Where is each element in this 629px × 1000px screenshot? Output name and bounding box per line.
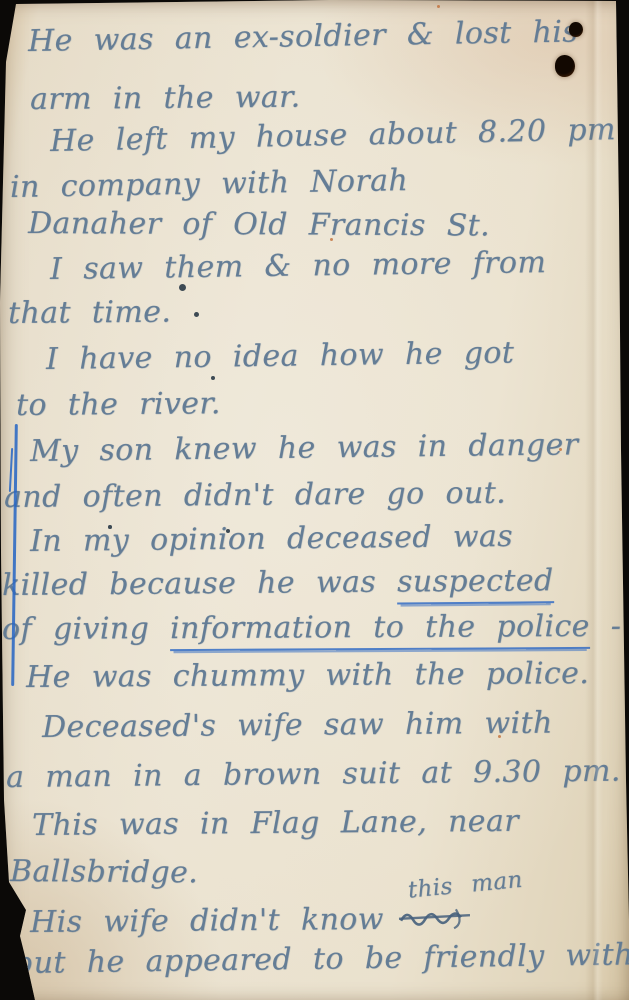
handwritten-line: This was in Flag Lane, near	[32, 804, 519, 843]
handwritten-text: of giving	[2, 611, 170, 647]
handwritten-line: of giving information to the police -	[2, 609, 621, 647]
inserted-text: this man	[406, 867, 523, 904]
photo-background: He was an ex-soldier & lost hisarm in th…	[0, 0, 629, 1000]
punch-hole	[569, 22, 583, 37]
handwritten-line: He was an ex-soldier & lost his	[28, 14, 579, 59]
paper-speck	[559, 448, 562, 451]
handwritten-text: arm in the war.	[30, 80, 301, 117]
handwritten-text: Deceased's wife saw him with	[42, 706, 553, 745]
scribbled-out-word	[398, 902, 472, 938]
handwritten-text: I saw them & no more from	[50, 245, 547, 287]
handwritten-line: He left my house about 8.20 pm.	[50, 112, 626, 159]
ink-blot	[108, 525, 112, 529]
handwritten-text: He was an ex-soldier & lost his	[28, 14, 579, 59]
paper-speck	[330, 238, 333, 241]
handwritten-line: His wife didn't knowthis man	[30, 898, 516, 940]
paper-speck	[498, 735, 501, 738]
handwritten-line: killed because he was suspected	[2, 563, 554, 603]
handwritten-text: and often didn't dare go out.	[4, 476, 506, 515]
handwritten-text: His wife didn't know	[30, 902, 384, 940]
handwritten-line: to the river.	[16, 386, 221, 423]
handwritten-text: but he appeared to be friendly with	[14, 937, 629, 981]
handwritten-line: Ballsbridge.	[10, 854, 198, 890]
handwritten-line: but he appeared to be friendly with	[14, 937, 629, 981]
handwritten-text: Danaher of Old Francis St.	[28, 206, 490, 243]
inserted-correction: this man	[398, 898, 516, 929]
handwritten-line: Deceased's wife saw him with	[42, 706, 553, 745]
handwritten-text: This was in Flag Lane, near	[32, 804, 519, 843]
handwritten-text: a man in a brown suit at 9.30 pm.	[6, 754, 621, 795]
handwritten-line: My son knew he was in danger	[30, 427, 579, 469]
ink-blot	[211, 376, 215, 380]
paper-speck	[437, 5, 440, 8]
handwritten-line: in company with Norah	[10, 163, 409, 205]
handwritten-text: that time.	[8, 295, 172, 331]
handwritten-text: I have no idea how he got	[46, 335, 515, 377]
handwritten-line: Danaher of Old Francis St.	[28, 206, 490, 243]
handwritten-line: In my opinion deceased was	[30, 519, 513, 559]
ink-blot	[179, 284, 186, 291]
handwritten-text: in company with Norah	[10, 163, 409, 205]
handwritten-text: He was chummy with the police.	[26, 656, 589, 695]
ink-blot	[194, 312, 199, 317]
handwritten-line: He was chummy with the police.	[26, 656, 589, 695]
handwritten-line: arm in the war.	[30, 80, 301, 117]
handwritten-line: I have no idea how he got	[46, 335, 515, 377]
handwritten-text: -	[590, 609, 622, 644]
handwritten-text: My son knew he was in danger	[30, 427, 579, 469]
handwritten-line: and often didn't dare go out.	[4, 476, 506, 515]
punch-hole	[555, 55, 575, 77]
handwritten-line: a man in a brown suit at 9.30 pm.	[6, 754, 621, 795]
paper-page: He was an ex-soldier & lost hisarm in th…	[0, 0, 629, 1000]
handwritten-text: suspected	[397, 563, 554, 604]
handwritten-line: I saw them & no more from	[50, 245, 547, 287]
handwritten-text: to the river.	[16, 386, 221, 423]
handwritten-line: that time.	[8, 295, 172, 331]
handwritten-text: He left my house about 8.20 pm.	[50, 112, 626, 159]
handwritten-text: information to the police	[170, 609, 590, 651]
handwritten-text: Ballsbridge.	[10, 854, 198, 890]
handwritten-text: killed because he was	[2, 565, 397, 603]
handwritten-text: In my opinion deceased was	[30, 519, 513, 559]
